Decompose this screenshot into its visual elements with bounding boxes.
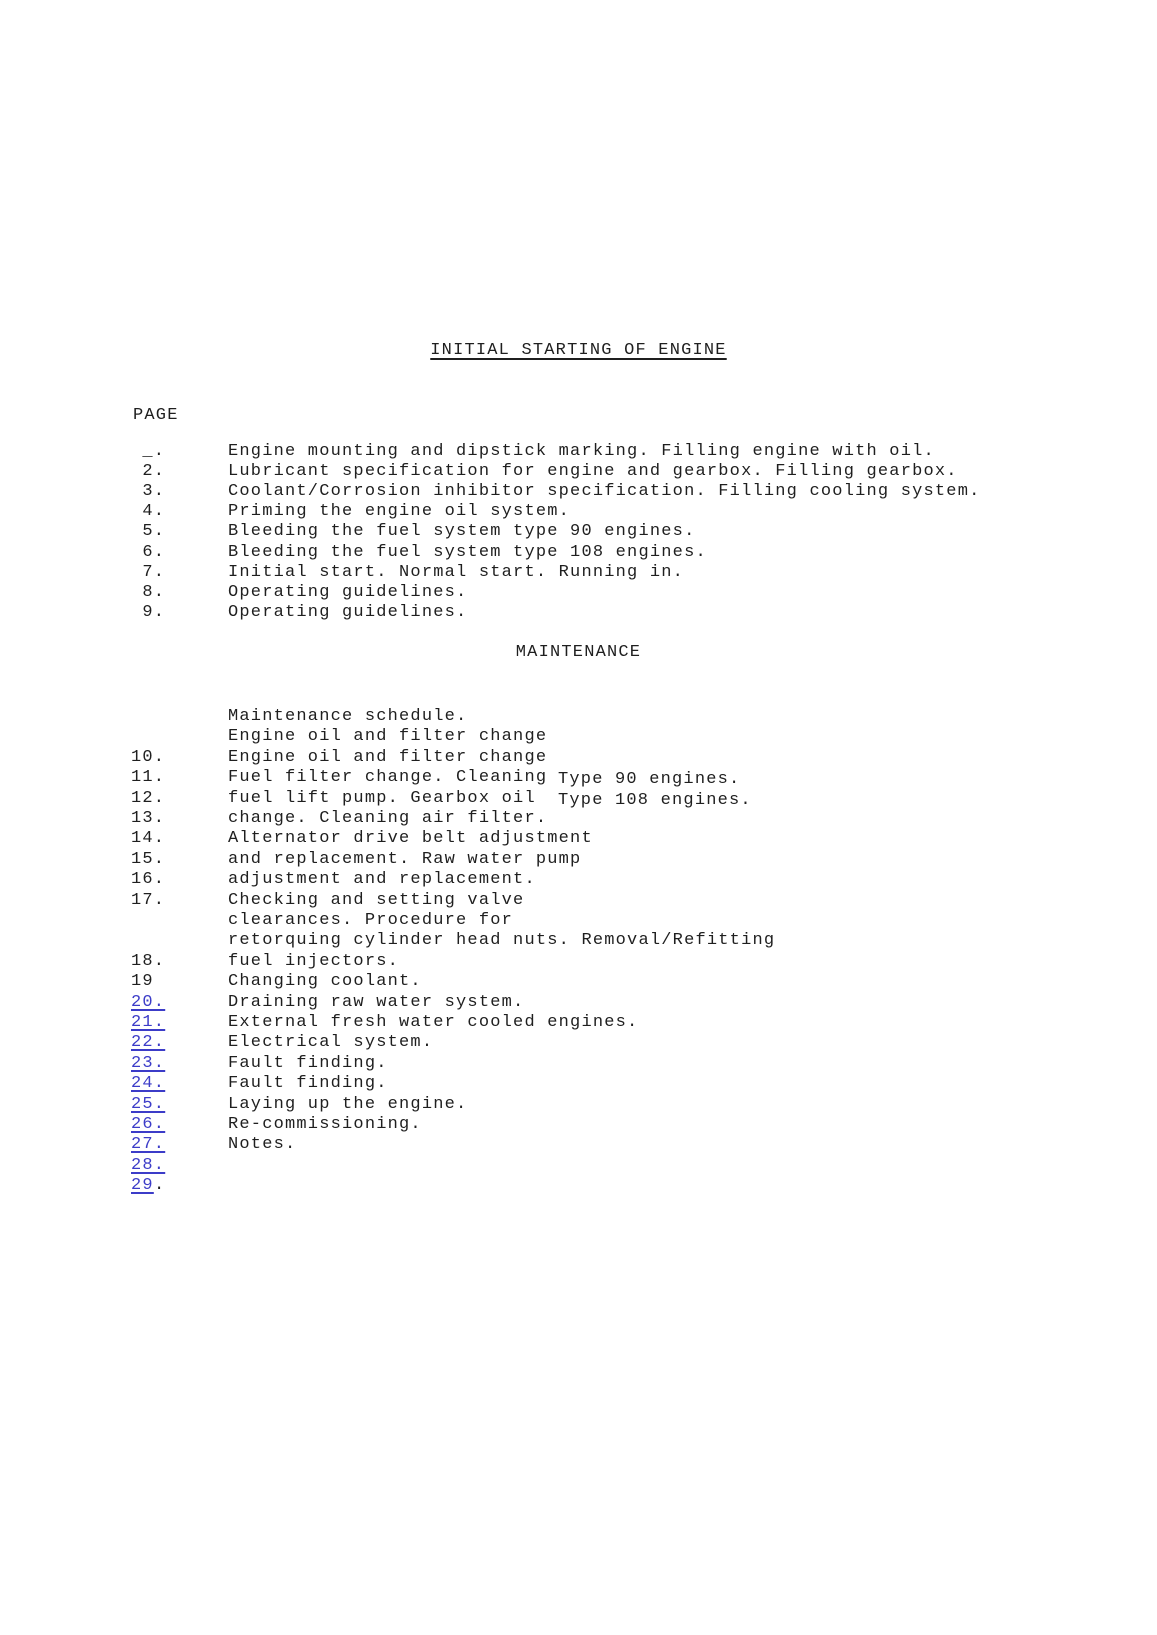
toc-page-link[interactable]: 22. [131, 1033, 165, 1052]
toc-row: 24.Fault finding. [0, 1074, 1157, 1094]
toc-row: Engine oil and filter change [0, 727, 1157, 747]
toc-item-text: Lubricant specification for engine and g… [228, 462, 958, 481]
toc-item-number: 16. [131, 870, 165, 889]
toc-row: 19Changing coolant. [0, 972, 1157, 992]
toc-page-link[interactable]: 20. [131, 993, 165, 1012]
toc-item-text: Engine oil and filter change [228, 748, 547, 767]
toc-row: 8.Operating guidelines. [0, 583, 1157, 603]
toc-item-number: 18. [131, 952, 165, 971]
toc-page-link[interactable]: 23. [131, 1054, 165, 1073]
toc-page-link[interactable]: 24. [131, 1074, 165, 1093]
document-title-text: INITIAL STARTING OF ENGINE [430, 341, 726, 360]
toc-row: 26.Re-commissioning. [0, 1115, 1157, 1135]
toc-row: Maintenance schedule. [0, 707, 1157, 727]
toc-item-number: 15. [131, 850, 165, 869]
toc-page-link[interactable]: 27. [131, 1135, 165, 1154]
maintenance-heading: MAINTENANCE [0, 643, 1157, 662]
toc-item-text: clearances. Procedure for [228, 911, 513, 930]
toc-row: 16.adjustment and replacement. [0, 870, 1157, 890]
toc-item-number: 14. [131, 829, 165, 848]
document-title: INITIAL STARTING OF ENGINE [0, 341, 1157, 360]
toc-item-text: fuel injectors. [228, 952, 399, 971]
toc-item-text: Coolant/Corrosion inhibitor specificatio… [228, 482, 981, 501]
toc-row: 6.Bleeding the fuel system type 108 engi… [0, 543, 1157, 563]
toc-item-number: 11. [131, 768, 165, 787]
toc-side-note: Type 108 engines. [558, 791, 752, 810]
toc-row: clearances. Procedure for [0, 911, 1157, 931]
toc-row: 20.Draining raw water system. [0, 993, 1157, 1013]
toc-item-text: Priming the engine oil system. [228, 502, 570, 521]
toc-item-number: 4. [131, 502, 165, 521]
toc-row: 4.Priming the engine oil system. [0, 502, 1157, 522]
toc-page-link[interactable]: 26. [131, 1115, 165, 1134]
toc-item-text: Operating guidelines. [228, 603, 467, 622]
toc-item-text: Engine mounting and dipstick marking. Fi… [228, 442, 935, 461]
toc-item-text: Bleeding the fuel system type 108 engine… [228, 543, 707, 562]
toc-item-text: Alternator drive belt adjustment [228, 829, 593, 848]
toc-row: 14.Alternator drive belt adjustment [0, 829, 1157, 849]
toc-item-number: 17. [131, 891, 165, 910]
toc-item-number: 13. [131, 809, 165, 828]
toc-item-text: External fresh water cooled engines. [228, 1013, 638, 1032]
toc-item-text: Draining raw water system. [228, 993, 524, 1012]
toc-item-number: 2. [131, 462, 165, 481]
toc-item-text: Fault finding. [228, 1054, 388, 1073]
toc-item-number: 6. [131, 543, 165, 562]
toc-item-number: 12. [131, 789, 165, 808]
toc-item-number: 10. [131, 748, 165, 767]
toc-row: 7.Initial start. Normal start. Running i… [0, 563, 1157, 583]
toc-item-text: Re-commissioning. [228, 1115, 422, 1134]
toc-row: 23.Fault finding. [0, 1054, 1157, 1074]
toc-item-text: Laying up the engine. [228, 1095, 467, 1114]
toc-row: 9.Operating guidelines. [0, 603, 1157, 623]
toc-page-link-suffix: . [154, 1176, 165, 1195]
toc-row: 3.Coolant/Corrosion inhibitor specificat… [0, 482, 1157, 502]
toc-side-note: Type 90 engines. [558, 770, 740, 789]
toc-item-text: Notes. [228, 1135, 296, 1154]
toc-item-number: _. [131, 442, 165, 461]
toc-row: 12.fuel lift pump. Gearbox oilType 108 e… [0, 789, 1157, 809]
toc-row: retorquing cylinder head nuts. Removal/R… [0, 931, 1157, 951]
toc-item-text: Electrical system. [228, 1033, 433, 1052]
toc-page-link[interactable]: 28. [131, 1156, 165, 1175]
toc-row: 27.Notes. [0, 1135, 1157, 1155]
document-page: INITIAL STARTING OF ENGINE PAGE _.Engine… [0, 0, 1157, 1635]
toc-row: 5.Bleeding the fuel system type 90 engin… [0, 522, 1157, 542]
toc-row: 25.Laying up the engine. [0, 1095, 1157, 1115]
toc-row: 22.Electrical system. [0, 1033, 1157, 1053]
toc-item-text: Fault finding. [228, 1074, 388, 1093]
toc-row: 29. [0, 1176, 1157, 1196]
toc-row: 2.Lubricant specification for engine and… [0, 462, 1157, 482]
toc-item-text: Changing coolant. [228, 972, 422, 991]
toc-item-text: Bleeding the fuel system type 90 engines… [228, 522, 695, 541]
toc-page-link[interactable]: 25. [131, 1095, 165, 1114]
toc-item-number: 7. [131, 563, 165, 582]
toc-item-text: Operating guidelines. [228, 583, 467, 602]
toc-item-text: Initial start. Normal start. Running in. [228, 563, 684, 582]
toc-item-text: change. Cleaning air filter. [228, 809, 547, 828]
toc-row: 13.change. Cleaning air filter. [0, 809, 1157, 829]
toc-row: 28. [0, 1156, 1157, 1176]
toc-item-text: Fuel filter change. Cleaning [228, 768, 547, 787]
toc-row: 11.Fuel filter change. CleaningType 90 e… [0, 768, 1157, 788]
toc-row: 17.Checking and setting valve [0, 891, 1157, 911]
toc-item-text: and replacement. Raw water pump [228, 850, 581, 869]
toc-row: 10.Engine oil and filter change [0, 748, 1157, 768]
toc-row: _.Engine mounting and dipstick marking. … [0, 442, 1157, 462]
toc-item-number: 5. [131, 522, 165, 541]
toc-item-text: retorquing cylinder head nuts. Removal/R… [228, 931, 775, 950]
toc-item-text: Checking and setting valve [228, 891, 524, 910]
toc-item-number: 9. [131, 603, 165, 622]
toc-row: 21.External fresh water cooled engines. [0, 1013, 1157, 1033]
page-column-label: PAGE [133, 406, 179, 425]
toc-item-text: Engine oil and filter change [228, 727, 547, 746]
toc-item-number: 8. [131, 583, 165, 602]
toc-item-text: Maintenance schedule. [228, 707, 467, 726]
toc-item-number: 19 [131, 972, 154, 991]
toc-item-number: 3. [131, 482, 165, 501]
toc-page-link[interactable]: 29 [131, 1176, 154, 1195]
toc-row: 18.fuel injectors. [0, 952, 1157, 972]
toc-page-link[interactable]: 21. [131, 1013, 165, 1032]
toc-item-text: adjustment and replacement. [228, 870, 536, 889]
toc-row: 15.and replacement. Raw water pump [0, 850, 1157, 870]
toc-item-text: fuel lift pump. Gearbox oil [228, 789, 536, 808]
